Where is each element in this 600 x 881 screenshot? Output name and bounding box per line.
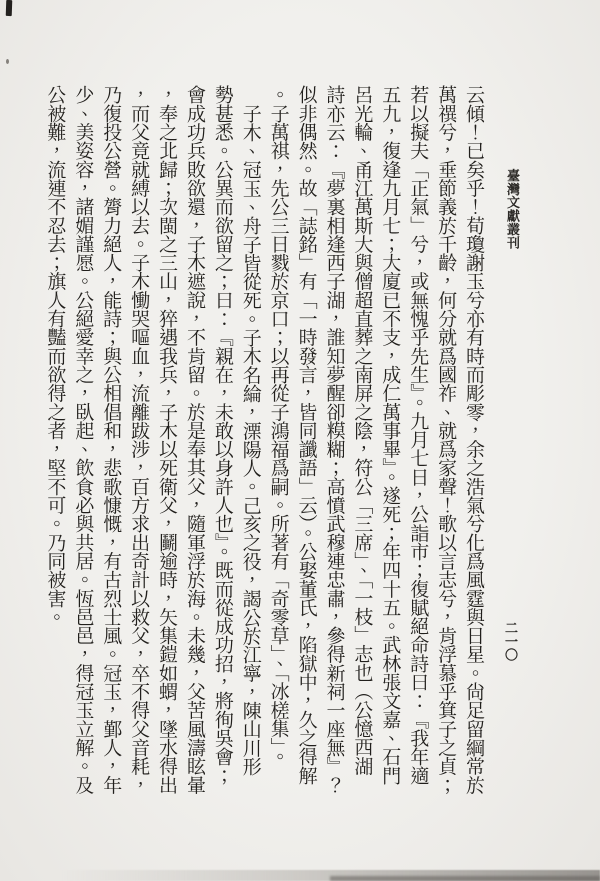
scan-speck bbox=[6, 59, 9, 64]
text-column-1: 云傾！已矣乎！荀瓊謝玉兮亦有時而彫零，余之浩氣兮化爲風霆與日星。尙足留綱常於 bbox=[459, 85, 487, 825]
text-column-3: 若以擬夫「正氣」兮，或無愧乎先生』。九月七日，公詣市；復賦絕命詩曰：『我年適 bbox=[403, 85, 431, 825]
body-text: 云傾！已矣乎！荀瓊謝玉兮亦有時而彫零，余之浩氣兮化爲風霆與日星。尙足留綱常於 萬… bbox=[40, 85, 487, 825]
scan-artifact-bottom-edge bbox=[60, 870, 600, 881]
text-column-14: 乃復投公營。膂力絕人，能詩；與公相倡和，悲歌慷慨，有古烈士風。冠玉，鄞人，年 bbox=[96, 85, 124, 825]
scan-artifact-top-left bbox=[6, 0, 13, 16]
text-column-16: 公被難，流連不忍去；旗人有豔而欲得之者，堅不可。乃同被害。 bbox=[41, 85, 69, 825]
text-column-6: 詩亦云：『夢裏相逢西子湖，誰知夢醒卻糢糊；高憤武穆連忠肅，參得新祠一座無』？ bbox=[320, 85, 348, 825]
text-column-2: 萬禩兮，垂節義於千齡，何分就爲國祚、就爲家聲！歌以言志兮，肯浮慕乎箕子之貞； bbox=[431, 85, 459, 825]
text-column-4: 五九，復逢九月七；大廈已不支，成仁萬事畢』。遂死；年四十五。武林張文嘉、石門 bbox=[375, 85, 403, 825]
series-title: 臺灣文獻叢刊 bbox=[502, 169, 521, 249]
text-column-11: 會成功兵敗欲還，子木遮說，不肯留。於是奉其父，隨軍浮於海。未幾，父苦風濤眩暈 bbox=[180, 85, 208, 825]
text-column-15: 少、美姿容，諸媚謹愿。公絕愛幸之，臥起、飲食必與共居。恆邑邑，得冠玉立解。及 bbox=[68, 85, 96, 825]
page-number: 二一〇 bbox=[500, 621, 519, 662]
scanned-page: 臺灣文獻叢刊 二一〇 云傾！已矣乎！荀瓊謝玉兮亦有時而彫零，余之浩氣兮化爲風霆與… bbox=[0, 0, 600, 881]
text-column-7: 似非偶然。故「誌銘」有「一時發言，皆同讖語」云）。公娶董氏，陷獄中，久之得解 bbox=[292, 85, 320, 825]
text-column-9: 子木、冠玉、舟子皆從死。子木名綸，溧陽人。己亥之役，謁公於江寧，陳山川形 bbox=[236, 85, 264, 825]
text-column-10: 勢甚悉。公異而欲留之；曰：『親在，未敢以身許人也』。既而從成功招，將徇吳會； bbox=[208, 85, 236, 825]
text-column-8: 。子萬祺，先公三日戮於京口；以再從子鴻福爲嗣。所著有「奇零草」、「冰槎集」。 bbox=[264, 85, 292, 825]
text-column-12: ，奉之北歸；次閩之三山，猝遇我兵，子木以死衛父，鬭逾時，矢集鎧如蝟，墜水得出 bbox=[152, 85, 180, 825]
scan-artifact-bottom-corner bbox=[330, 876, 600, 881]
text-column-13: ，而父竟就縛以去。子木慟哭嘔血，流離跋涉，百方求出奇計以救父，卒不得父音耗， bbox=[124, 85, 152, 825]
text-column-5: 呂光輪、甬江萬斯大與僧超直葬之南屏之陰，符公「三席」、「一枝」志也（公憶西湖 bbox=[347, 85, 375, 825]
